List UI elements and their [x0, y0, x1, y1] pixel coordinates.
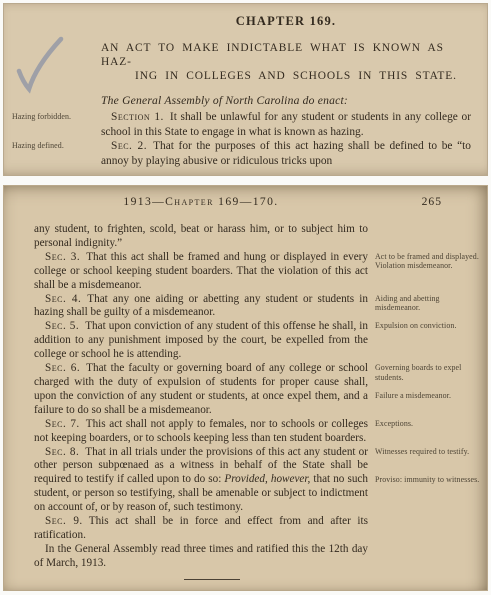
statute-section-4: Aiding and abetting misdemeanor. Sec. 4.…: [34, 293, 368, 321]
section-text: This act shall be in force and effect fr…: [34, 515, 368, 541]
section-number: Sec. 9.: [45, 515, 83, 527]
section-text: That upon conviction of any student of t…: [34, 320, 368, 360]
enacting-clause: The General Assembly of North Carolina d…: [101, 94, 471, 107]
section-number: Sec. 6.: [45, 362, 80, 374]
margin-note-expulsion: Expulsion on conviction.: [375, 321, 481, 331]
statute-section-5: Expulsion on conviction. Sec. 5.That upo…: [34, 320, 368, 362]
scanned-statute-collage: CHAPTER 169. AN ACT TO MAKE INDICTABLE W…: [0, 0, 491, 595]
statute-page-fragment-bottom: 1913—Chapter 169—170. 265 any student, t…: [3, 185, 488, 591]
margin-note-witnesses-required: Witnesses required to testify.: [375, 447, 481, 457]
section-number: Sec. 7.: [45, 418, 80, 430]
margin-note-hazing-defined: Hazing defined.: [12, 141, 96, 151]
section-text: That this act shall be framed and hung o…: [34, 251, 368, 291]
statute-section-9: Sec. 9.This act shall be in force and ef…: [34, 515, 368, 543]
section-text: That any one aiding or abetting any stud…: [34, 293, 368, 319]
ratification-text: In the General Assembly read three times…: [34, 543, 368, 569]
margin-note-failure-misdemeanor: Failure a misdemeanor.: [375, 391, 481, 401]
section-number: Sec. 8.: [45, 446, 79, 458]
section-text: That for the purposes of this act hazing…: [101, 140, 471, 166]
statute-page-fragment-top: CHAPTER 169. AN ACT TO MAKE INDICTABLE W…: [3, 3, 488, 176]
section-divider-rule: [184, 579, 240, 580]
statute-section-2: Hazing defined. Sec. 2.That for the purp…: [101, 139, 471, 168]
chapter-heading: CHAPTER 169.: [101, 14, 471, 29]
section-number: Section 1.: [111, 111, 164, 123]
section-text: This act shall not apply to females, nor…: [34, 418, 368, 444]
margin-note-aiding-abetting: Aiding and abetting misdemeanor.: [375, 294, 481, 313]
act-title: AN ACT TO MAKE INDICTABLE WHAT IS KNOWN …: [101, 42, 471, 83]
pencil-checkmark-icon: [9, 34, 71, 94]
margin-note-governing-boards: Governing boards to expel students.: [375, 363, 481, 382]
ratification-paragraph: In the General Assembly read three times…: [34, 543, 368, 571]
statute-section-6: Governing boards to expel students. Fail…: [34, 362, 368, 418]
section-number: Sec. 3.: [45, 251, 80, 263]
page-number: 265: [422, 195, 442, 208]
margin-note-proviso-immunity: Proviso: immunity to witnesses.: [375, 475, 481, 485]
proviso-italic: Provided, however,: [224, 473, 310, 485]
paragraph-text: any student, to frighten, scold, beat or…: [34, 223, 368, 249]
statute-paragraph-continuation: any student, to frighten, scold, beat or…: [34, 223, 368, 251]
section-number: Sec. 2.: [111, 140, 147, 152]
section-number: Sec. 5.: [45, 320, 79, 332]
section-number: Sec. 4.: [45, 293, 81, 305]
statute-section-8: Witnesses required to testify. Proviso: …: [34, 446, 368, 516]
statute-section-7: Exceptions. Sec. 7.This act shall not ap…: [34, 418, 368, 446]
running-header: 1913—Chapter 169—170.: [34, 195, 368, 208]
page-header: 1913—Chapter 169—170. 265: [34, 195, 368, 210]
statute-section-1: Hazing forbidden. Section 1.It shall be …: [101, 110, 471, 139]
margin-note-act-framed: Act to be framed and displayed. Violatio…: [375, 252, 481, 271]
margin-note-exceptions: Exceptions.: [375, 419, 481, 429]
margin-note-hazing-forbidden: Hazing forbidden.: [12, 112, 96, 122]
fragment-divider-gap: [3, 176, 488, 185]
section-text: That the faculty or governing board of a…: [34, 362, 368, 416]
statute-section-3: Act to be framed and displayed. Violatio…: [34, 251, 368, 293]
act-title-line2: ING IN COLLEGES AND SCHOOLS IN THIS STAT…: [101, 70, 471, 84]
act-title-line1: AN ACT TO MAKE INDICTABLE WHAT IS KNOWN …: [101, 42, 471, 70]
